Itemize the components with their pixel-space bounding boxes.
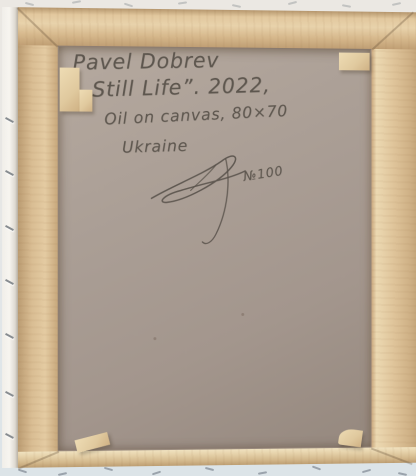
stretcher-frame-group: Pavel Dobrev „Still Life”. 2022, Oil on … [2, 7, 416, 468]
surface-mark [342, 4, 351, 8]
corner-wedge-top-left [60, 68, 80, 112]
staple [5, 391, 14, 397]
surface-mark [312, 466, 321, 471]
surface-mark [72, 0, 81, 4]
surface-mark [25, 2, 34, 6]
canvas-side-edge [2, 7, 18, 468]
surface-mark [178, 1, 187, 4]
surface-mark [18, 469, 27, 474]
surface-mark [58, 472, 67, 476]
artist-name-text: Pavel Dobrev [72, 48, 219, 74]
surface-mark [362, 469, 371, 473]
title-year-text: „Still Life”. 2022, [80, 73, 271, 102]
photo-painting-back: Pavel Dobrev „Still Life”. 2022, Oil on … [0, 0, 416, 476]
corner-wedge-top-left-key [80, 90, 93, 112]
stretcher-bar-top [18, 7, 416, 49]
stretcher-bar-right [372, 12, 416, 464]
canvas-back: Pavel Dobrev „Still Life”. 2022, Oil on … [58, 46, 372, 452]
stretcher-bar-left [18, 7, 58, 468]
staple [5, 170, 14, 176]
inscription-block: Pavel Dobrev „Still Life”. 2022, Oil on … [59, 47, 371, 451]
staple [5, 225, 14, 231]
staple [5, 279, 14, 285]
surface-mark [104, 467, 113, 471]
artist-signature [146, 139, 253, 250]
staple [5, 433, 14, 439]
surface-mark [124, 3, 133, 8]
surface-mark [258, 471, 267, 475]
surface-mark [205, 467, 214, 471]
surface-mark [288, 1, 297, 5]
surface-mark [398, 472, 407, 476]
staple [5, 333, 14, 339]
surface-mark [392, 2, 401, 6]
staple [5, 117, 14, 123]
surface-mark [152, 471, 161, 476]
surface-mark [232, 4, 241, 8]
corner-wedge-top-right [339, 53, 370, 71]
medium-size-text: Oil on canvas, 80×70 [104, 101, 289, 128]
